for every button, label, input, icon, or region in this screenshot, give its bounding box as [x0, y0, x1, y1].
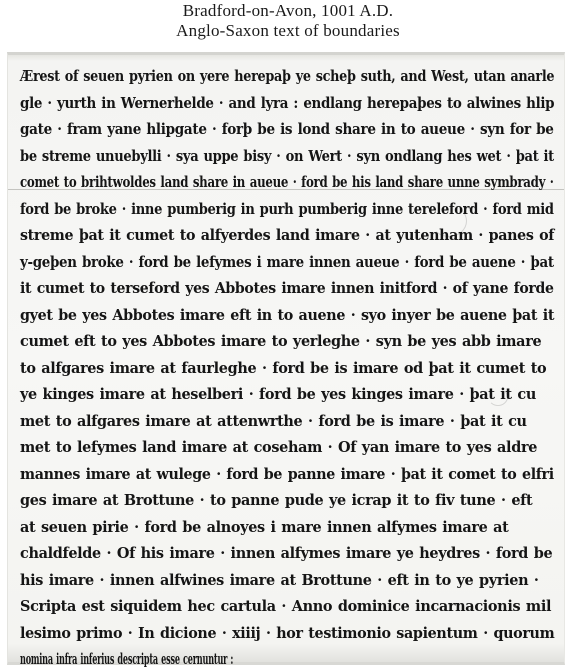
manuscript-line: ges imare at Brottune · to panne pude ye…	[20, 488, 554, 515]
manuscript-line: to alfgares imare at faurleghe · ford be…	[20, 356, 554, 383]
manuscript-line: chaldfelde · Of his imare · innen alfyme…	[20, 541, 554, 568]
manuscript-line: Ærest of seuen pyrien on yere herepaþ ye…	[20, 64, 494, 91]
manuscript-line: met to alfgares imare at attenwrthe · fo…	[20, 409, 554, 436]
manuscript-line: mannes imare at wulege · ford be panne i…	[20, 462, 547, 489]
manuscript-line: cumet eft to yes Abbotes imare to yerleg…	[20, 329, 554, 356]
manuscript-line: gle · yurth in Wernerhelde · and lyra : …	[20, 91, 517, 118]
manuscript-line: it cumet to terseford yes Abbotes imare …	[20, 276, 541, 303]
manuscript-line: comet to brihtwoldes land share in aueue…	[20, 170, 456, 197]
manuscript-line: ford be broke · inne pumberig in purh pu…	[20, 197, 503, 224]
manuscript-line: lesimo primo · In dicione · xiiij · hor …	[20, 621, 549, 648]
manuscript-line: streme þat it cumet to alfyerdes land im…	[20, 223, 547, 250]
figure-caption: Bradford-on-Avon, 1001 A.D. Anglo-Saxon …	[0, 0, 576, 41]
manuscript-line: ye kinges imare at heselberi · ford be y…	[20, 382, 554, 409]
manuscript-line: gyet be yes Abbotes imare eft in to auen…	[20, 303, 549, 330]
manuscript-line: gate · fram yane hlipgate · forþ be is l…	[20, 117, 522, 144]
manuscript-line: y-geþen broke · ford be lefymes i mare i…	[20, 250, 516, 277]
manuscript-line: be streme unuebylli · sya uppe bisy · on…	[20, 144, 503, 171]
caption-subtitle: Anglo-Saxon text of boundaries	[0, 21, 576, 41]
manuscript-line: nomina infra inferius descripta esse cer…	[20, 647, 320, 670]
manuscript-line: his imare · innen alfwines imare at Brot…	[20, 568, 554, 595]
caption-title: Bradford-on-Avon, 1001 A.D.	[0, 0, 576, 21]
manuscript-page: Ærest of seuen pyrien on yere herepaþ ye…	[7, 52, 565, 665]
manuscript-line: Scripta est siquidem hec cartula · Anno …	[20, 594, 554, 621]
manuscript-line: at seuen pirie · ford be alnoyes i mare …	[20, 515, 554, 542]
manuscript-text: Ærest of seuen pyrien on yere herepaþ ye…	[20, 64, 560, 670]
manuscript-line: met to lefymes land imare at coseham · O…	[20, 435, 554, 462]
